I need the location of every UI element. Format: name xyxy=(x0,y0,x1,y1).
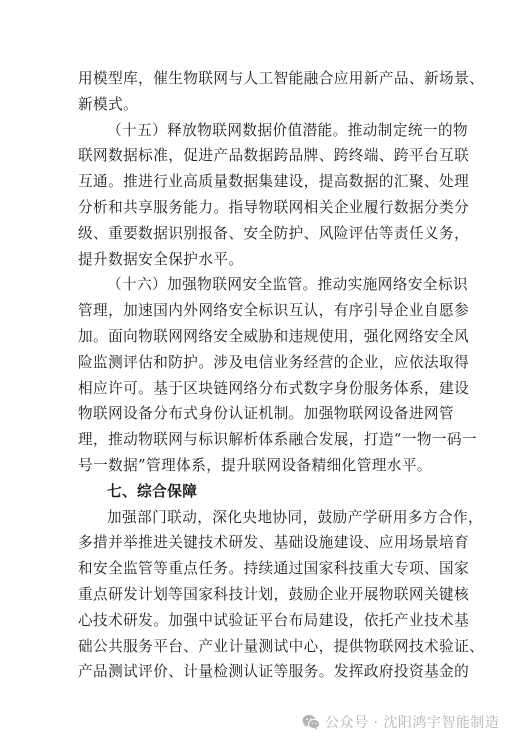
text-line: 加强部门联动，深化央地协同，鼓励产学研用多方合作， xyxy=(78,505,444,531)
text-line: 互通。推进行业高质量数据集建设，提高数据的汇聚、处理 xyxy=(78,169,444,195)
watermark-text: 公众号 · 沈阳鸿宇智能制造 xyxy=(325,712,499,732)
text-line: 础公共服务平台、产业计量测试中心，提供物联网技术验证、 xyxy=(78,634,444,660)
text-line: 理，推动物联网与标识解析体系融合发展，打造“一物一码一 xyxy=(78,427,444,453)
text-line: 级、重要数据识别报备、安全防护、风险评估等责任义务， xyxy=(78,221,444,247)
text-line: 新模式。 xyxy=(78,92,444,118)
text-line: 分析和共享服务能力。指导物联网相关企业履行数据分类分 xyxy=(78,195,444,221)
document-page: 用模型库，催生物联网与人工智能融合应用新产品、新场景、 新模式。 （十五）释放物… xyxy=(78,66,444,685)
text-line: 管理，加速国内外网络安全标识互认，有序引导企业自愿参 xyxy=(78,298,444,324)
watermark: 公众号 · 沈阳鸿宇智能制造 xyxy=(302,711,499,733)
text-line: 重点研发计划等国家科技计划，鼓励企业开展物联网关键核 xyxy=(78,582,444,608)
text-line: 加。面向物联网网络安全威胁和违规使用，强化网络安全风 xyxy=(78,324,444,350)
text-line: （十六）加强物联网安全监管。推动实施网络安全标识 xyxy=(78,272,444,298)
wechat-icon xyxy=(302,714,320,730)
text-line: 产品测试评价、计量检测认证等服务。发挥政府投资基金的 xyxy=(78,659,444,685)
text-line: 号一数据”管理体系，提升联网设备精细化管理水平。 xyxy=(78,453,444,479)
text-line: 联网数据标准，促进产品数据跨品牌、跨终端、跨平台互联 xyxy=(78,143,444,169)
section-heading: 七、综合保障 xyxy=(78,479,444,505)
text-line: 和安全监管等重点任务。持续通过国家科技重大专项、国家 xyxy=(78,556,444,582)
text-line: （十五）释放物联网数据价值潜能。推动制定统一的物 xyxy=(78,118,444,144)
text-line: 多措并举推进关键技术研发、基础设施建设、应用场景培育 xyxy=(78,530,444,556)
text-line: 相应许可。基于区块链网络分布式数字身份服务体系，建设 xyxy=(78,376,444,402)
text-line: 险监测评估和防护。涉及电信业务经营的企业，应依法取得 xyxy=(78,350,444,376)
text-line: 用模型库，催生物联网与人工智能融合应用新产品、新场景、 xyxy=(78,66,444,92)
text-line: 提升数据安全保护水平。 xyxy=(78,247,444,273)
text-line: 心技术研发。加强中试验证平台布局建设，依托产业技术基 xyxy=(78,608,444,634)
text-line: 物联网设备分布式身份认证机制。加强物联网设备进网管 xyxy=(78,401,444,427)
